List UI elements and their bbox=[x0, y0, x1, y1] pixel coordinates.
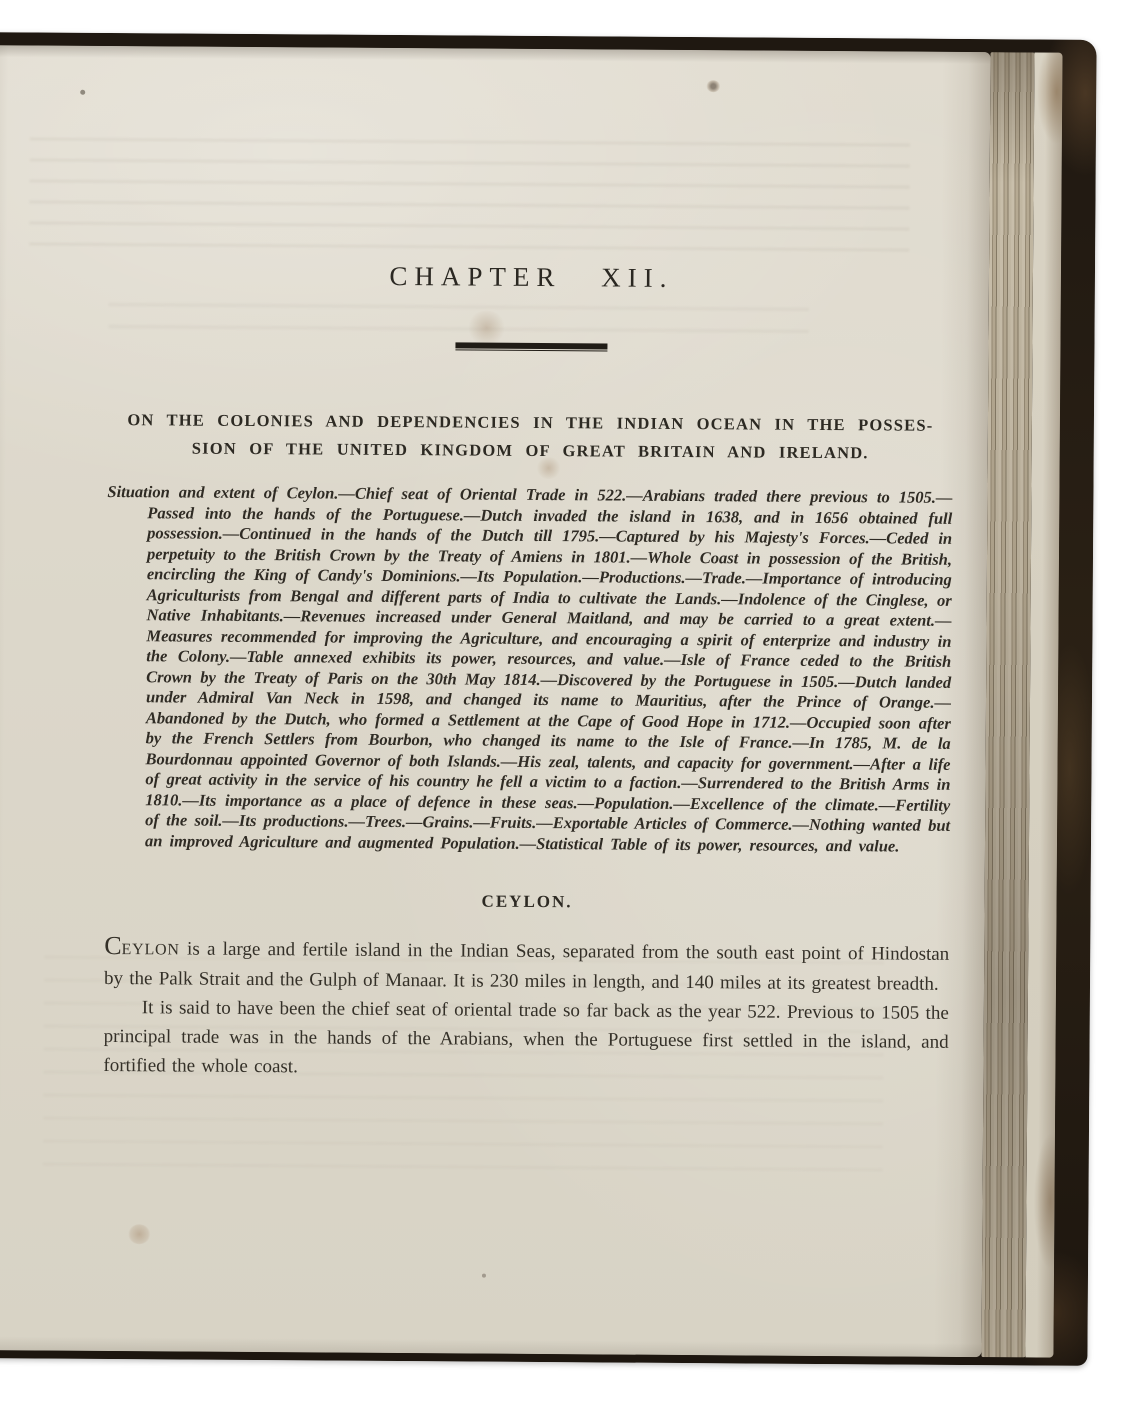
book-page: CHAPTER XII. ON THE COLONIES AND DEPENDE… bbox=[0, 45, 991, 1357]
chapter-divider-rule bbox=[455, 342, 607, 351]
foxing-stain bbox=[128, 1224, 150, 1244]
lead-capital: C bbox=[104, 931, 122, 960]
photo-canvas: CHAPTER XII. ON THE COLONIES AND DEPENDE… bbox=[0, 0, 1132, 1417]
body-paragraph-2: It is said to have been the chief seat o… bbox=[103, 993, 949, 1086]
chapter-heading: CHAPTER XII. bbox=[109, 258, 954, 296]
argument-summary: Situation and extent of Ceylon.—Chief se… bbox=[105, 482, 953, 857]
foxing-speck bbox=[482, 1274, 486, 1278]
printed-text-block: CHAPTER XII. ON THE COLONIES AND DEPENDE… bbox=[103, 46, 955, 1086]
book: CHAPTER XII. ON THE COLONIES AND DEPENDE… bbox=[0, 32, 1097, 1366]
section-heading-ceylon: CEYLON. bbox=[105, 889, 950, 915]
section-title: ON THE COLONIES AND DEPENDENCIES IN THE … bbox=[108, 406, 953, 468]
paragraph-text: is a large and fertile island in the Ind… bbox=[104, 938, 949, 994]
section-title-line2: SION OF THE UNITED KINGDOM OF GREAT BRIT… bbox=[108, 434, 953, 468]
body-paragraph-1: CEYLON is a large and fertile island in … bbox=[104, 933, 949, 999]
foxing-speck bbox=[80, 90, 85, 95]
lead-word-small-caps: EYLON bbox=[122, 941, 180, 958]
